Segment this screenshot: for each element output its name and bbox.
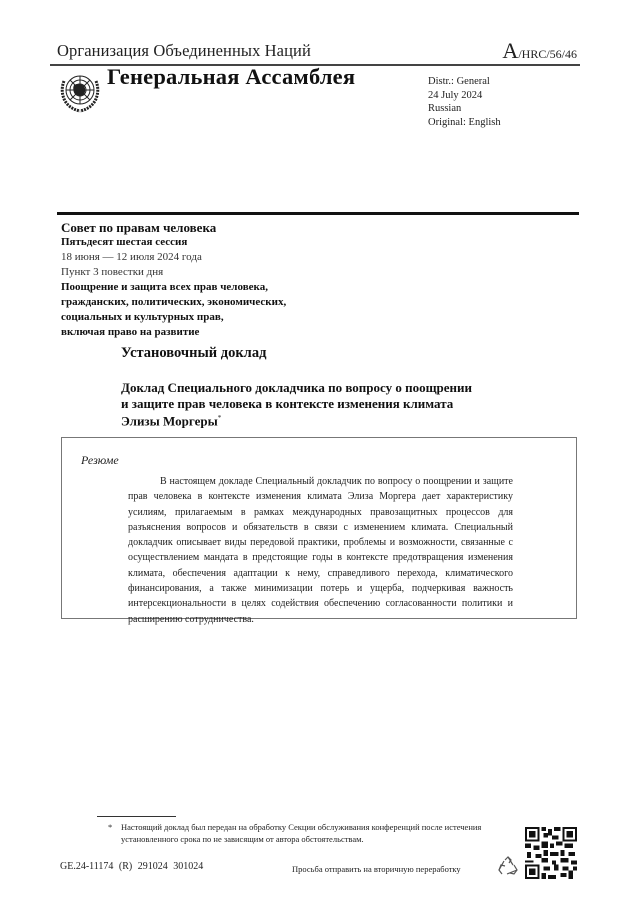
footnote-rule xyxy=(97,816,176,817)
session-info: Совет по правам человека Пятьдесят шеста… xyxy=(61,220,286,340)
symbol-prefix: A xyxy=(502,38,518,63)
agenda-title-line: включая право на развитие xyxy=(61,325,286,340)
agenda-title-line: гражданских, политических, экономических… xyxy=(61,295,286,310)
session-name: Пятьдесят шестая сессия xyxy=(61,235,286,250)
language-line: Russian xyxy=(428,102,501,116)
document-symbol: A/HRC/56/46 xyxy=(502,38,577,64)
footnote: * Настоящий доклад был передан на обрабо… xyxy=(108,821,503,846)
council-name: Совет по правам человека xyxy=(61,220,286,235)
un-emblem-icon xyxy=(57,69,103,115)
report-title: Доклад Специального докладчика по вопрос… xyxy=(121,380,472,429)
distribution-info: Distr.: General 24 July 2024 Russian Ori… xyxy=(428,75,501,130)
organization-name: Организация Объединенных Наций xyxy=(57,41,311,61)
original-language-line: Original: English xyxy=(428,116,501,130)
symbol-rest: /HRC/56/46 xyxy=(518,47,577,61)
summary-text: В настоящем докладе Специальный докладчи… xyxy=(128,474,513,627)
session-dates: 18 июня — 12 июля 2024 года xyxy=(61,250,286,265)
recycle-icon xyxy=(496,855,520,879)
agenda-title-line: социальных и культурных прав, xyxy=(61,310,286,325)
report-title-line: Элизы Моргеры* xyxy=(121,411,472,429)
section-rule xyxy=(57,212,579,215)
body-name: Генеральная Ассамблея xyxy=(107,64,355,90)
recycle-text: Просьба отправить на вторичную переработ… xyxy=(292,864,461,874)
qr-code-icon[interactable] xyxy=(525,827,577,879)
footnote-marker[interactable]: * xyxy=(218,414,222,422)
footnote-text: Настоящий доклад был передан на обработк… xyxy=(108,821,503,846)
agenda-title-line: Поощрение и защита всех прав человека, xyxy=(61,280,286,295)
report-title-line: и защите прав человека в контексте измен… xyxy=(121,396,472,412)
document-type-title: Установочный доклад xyxy=(121,345,266,362)
agenda-item: Пункт 3 повестки дня xyxy=(61,265,286,280)
summary-heading: Резюме xyxy=(81,453,119,468)
date-line: 24 July 2024 xyxy=(428,89,501,103)
distribution-line: Distr.: General xyxy=(428,75,501,89)
report-title-line: Доклад Специального докладчика по вопрос… xyxy=(121,380,472,396)
job-number: GE.24-11174 (R) 291024 301024 xyxy=(60,861,203,872)
footnote-star: * xyxy=(108,821,112,833)
